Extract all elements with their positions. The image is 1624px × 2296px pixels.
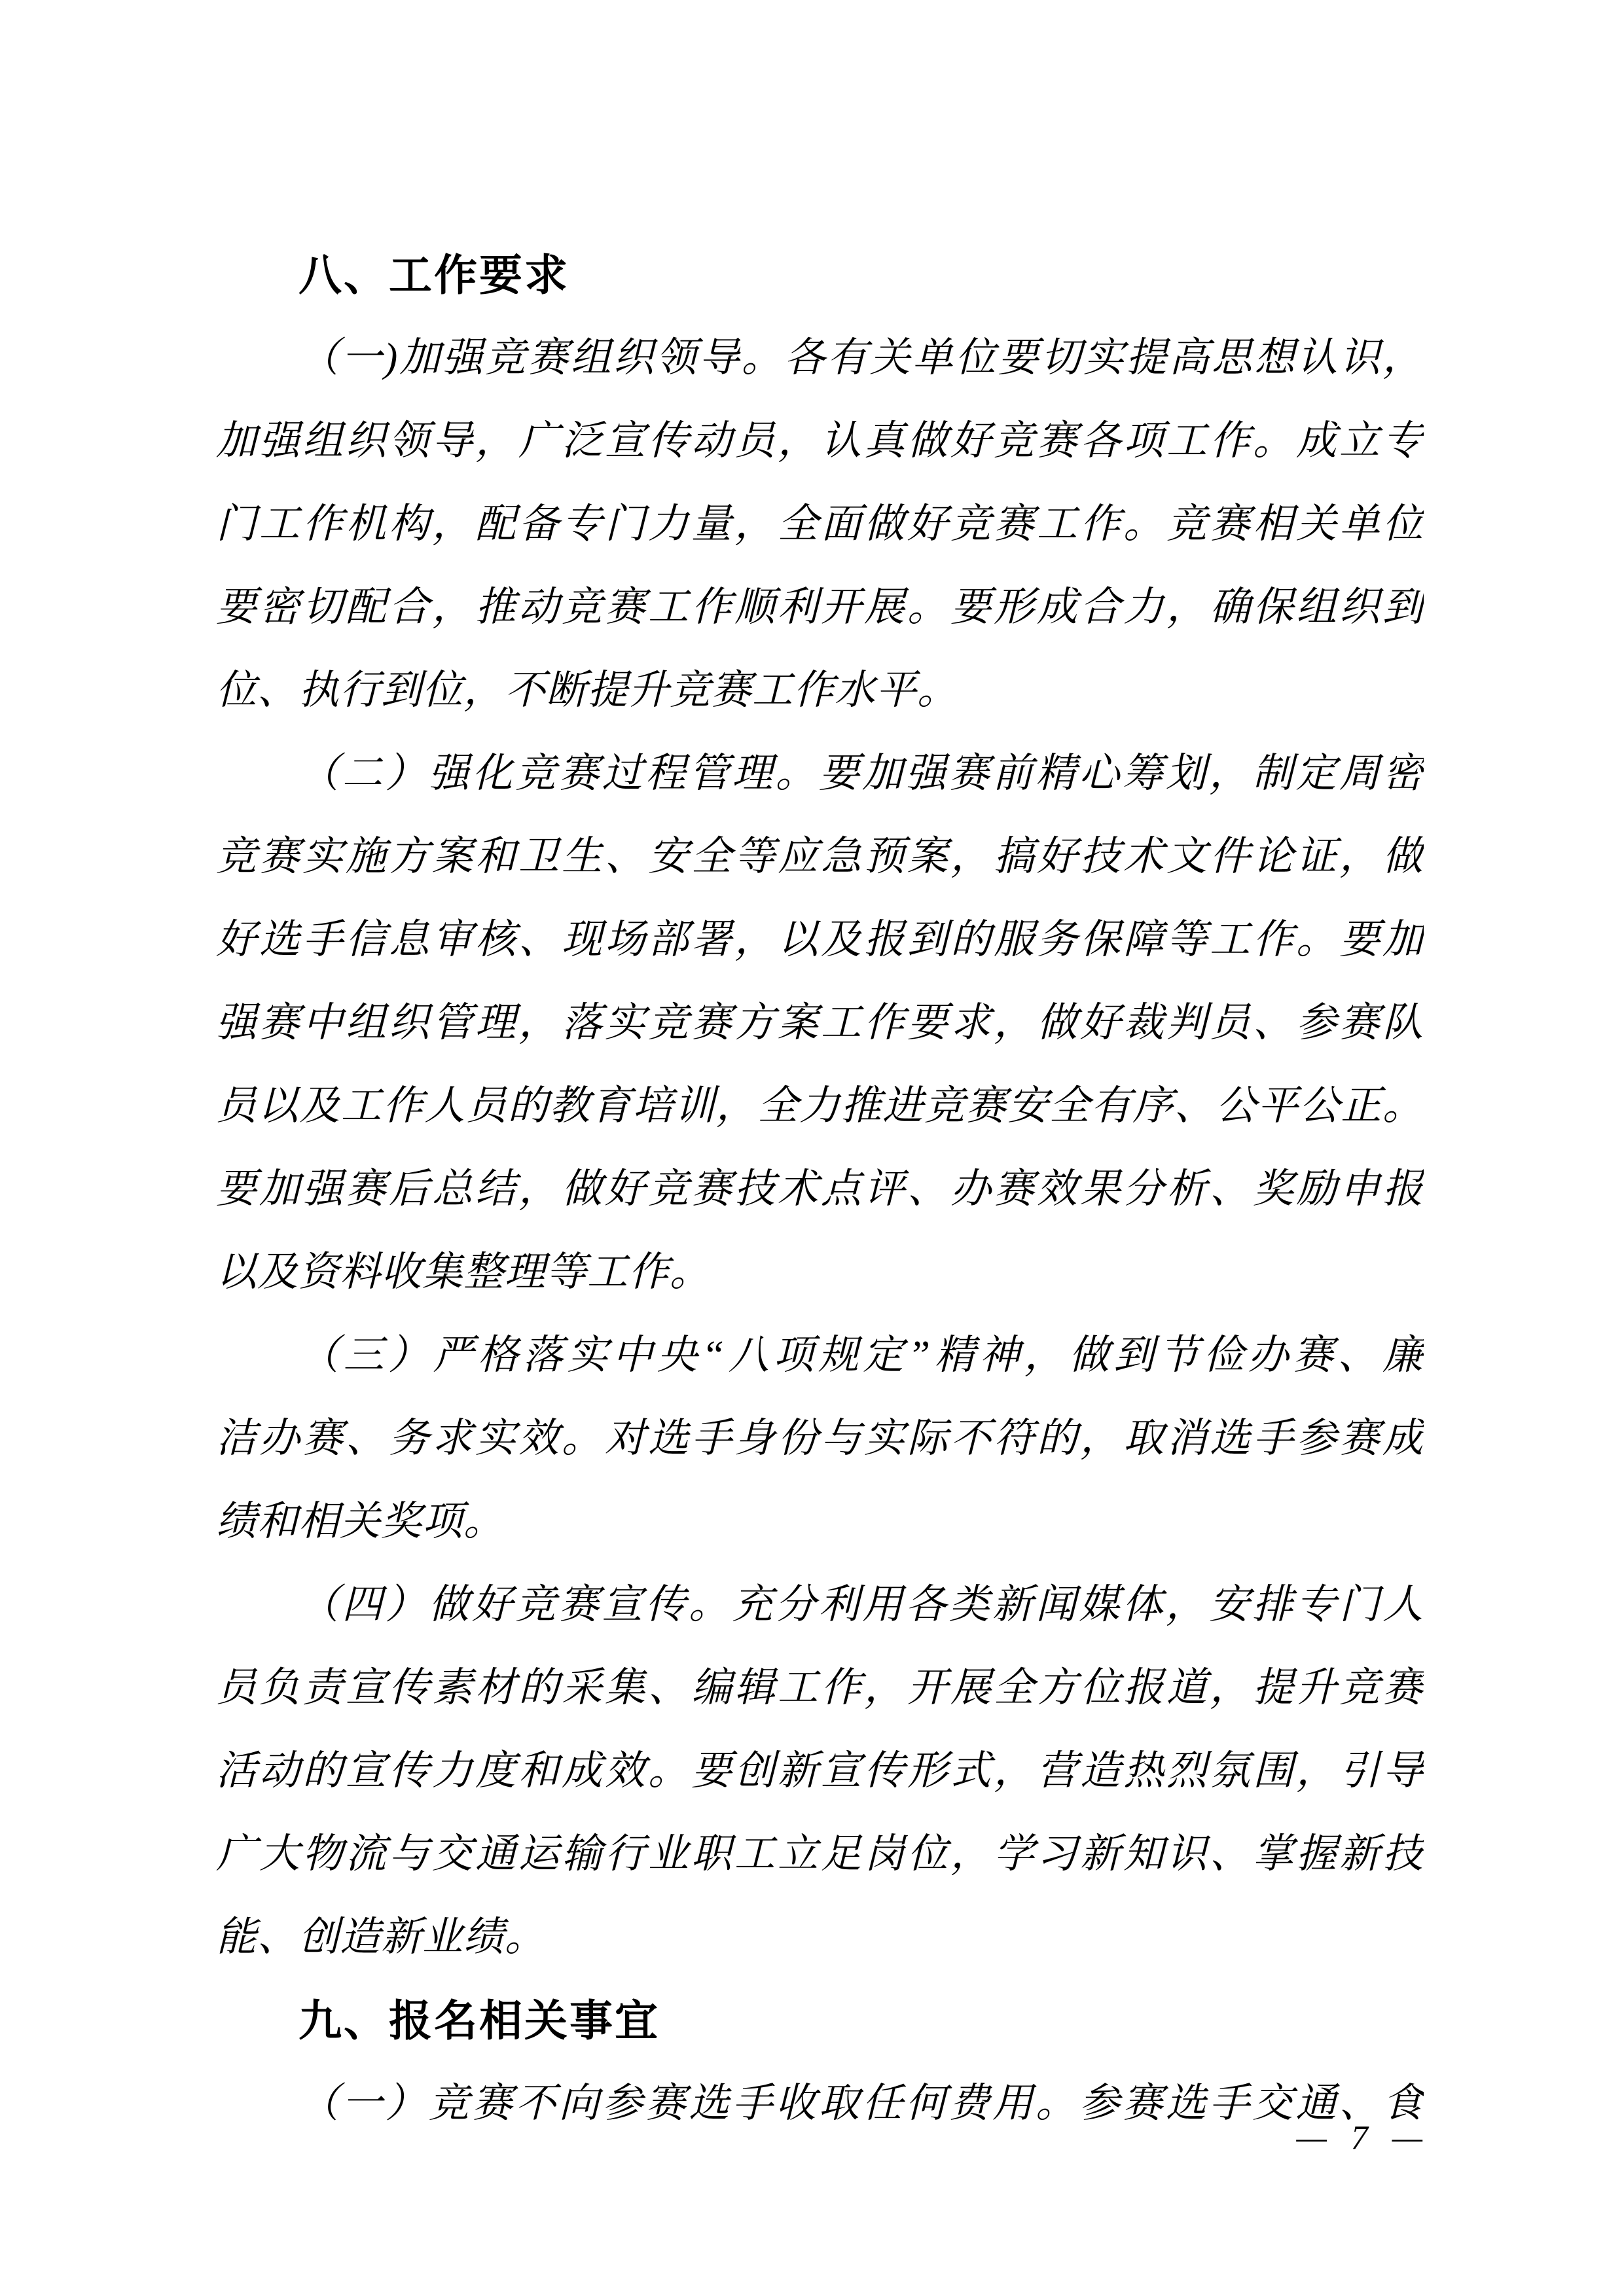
text-line: 活动的宣传力度和成效。要创新宣传形式，营造热烈氛围，引导	[216, 1730, 1424, 1813]
document-body: 八、工作要求 （一)加强竞赛组织领导。各有关单位要切实提高思想认识， 加强组织领…	[216, 234, 1424, 2145]
section-8-paragraph-2: （二）强化竞赛过程管理。要加强赛前精心筹划，制定周密 竞赛实施方案和卫生、安全等…	[216, 732, 1424, 1314]
text-line: 强赛中组织管理，落实竞赛方案工作要求，做好裁判员、参赛队	[216, 982, 1424, 1065]
text-line: 竞赛实施方案和卫生、安全等应急预案，搞好技术文件论证，做	[216, 816, 1424, 899]
text-line: 好选手信息审核、现场部署，以及报到的服务保障等工作。要加	[216, 899, 1424, 982]
text-line: （二）强化竞赛过程管理。要加强赛前精心筹划，制定周密	[216, 732, 1424, 816]
section-8-heading: 八、工作要求	[216, 234, 1424, 317]
text-line: 以及资料收集整理等工作。	[216, 1231, 1424, 1314]
text-line: 洁办赛、务求实效。对选手身份与实际不符的，取消选手参赛成	[216, 1397, 1424, 1480]
text-line: 加强组织领导，广泛宣传动员，认真做好竞赛各项工作。成立专	[216, 400, 1424, 483]
text-line: 要加强赛后总结，做好竞赛技术点评、办赛效果分析、奖励申报	[216, 1148, 1424, 1231]
text-line: （三）严格落实中央“八项规定”精神，做到节俭办赛、廉	[216, 1314, 1424, 1397]
text-line: 要密切配合，推动竞赛工作顺利开展。要形成合力，确保组织到	[216, 566, 1424, 649]
section-8-paragraph-1: （一)加强竞赛组织领导。各有关单位要切实提高思想认识， 加强组织领导，广泛宣传动…	[216, 317, 1424, 732]
page-number: — 7 —	[1297, 2115, 1424, 2161]
text-line: 广大物流与交通运输行业职工立足岗位，学习新知识、掌握新技	[216, 1813, 1424, 1896]
document-page: 八、工作要求 （一)加强竞赛组织领导。各有关单位要切实提高思想认识， 加强组织领…	[0, 0, 1624, 2296]
text-line: （一)加强竞赛组织领导。各有关单位要切实提高思想认识，	[216, 317, 1424, 400]
text-line: 能、创造新业绩。	[216, 1896, 1424, 1979]
text-line: 绩和相关奖项。	[216, 1480, 1424, 1564]
section-9-heading: 九、报名相关事宜	[216, 1979, 1424, 2062]
text-line: 员以及工作人员的教育培训，全力推进竞赛安全有序、公平公正。	[216, 1065, 1424, 1148]
text-line: 员负责宣传素材的采集、编辑工作，开展全方位报道，提升竞赛	[216, 1647, 1424, 1730]
text-line: （一）竞赛不向参赛选手收取任何费用。参赛选手交通、食	[216, 2062, 1424, 2145]
section-8-paragraph-4: （四）做好竞赛宣传。充分利用各类新闻媒体，安排专门人 员负责宣传素材的采集、编辑…	[216, 1564, 1424, 1979]
text-line: （四）做好竞赛宣传。充分利用各类新闻媒体，安排专门人	[216, 1564, 1424, 1647]
text-line: 门工作机构，配备专门力量，全面做好竞赛工作。竞赛相关单位	[216, 483, 1424, 566]
section-9-paragraph-1: （一）竞赛不向参赛选手收取任何费用。参赛选手交通、食	[216, 2062, 1424, 2145]
section-8-paragraph-3: （三）严格落实中央“八项规定”精神，做到节俭办赛、廉 洁办赛、务求实效。对选手身…	[216, 1314, 1424, 1564]
text-line: 位、执行到位，不断提升竞赛工作水平。	[216, 649, 1424, 732]
